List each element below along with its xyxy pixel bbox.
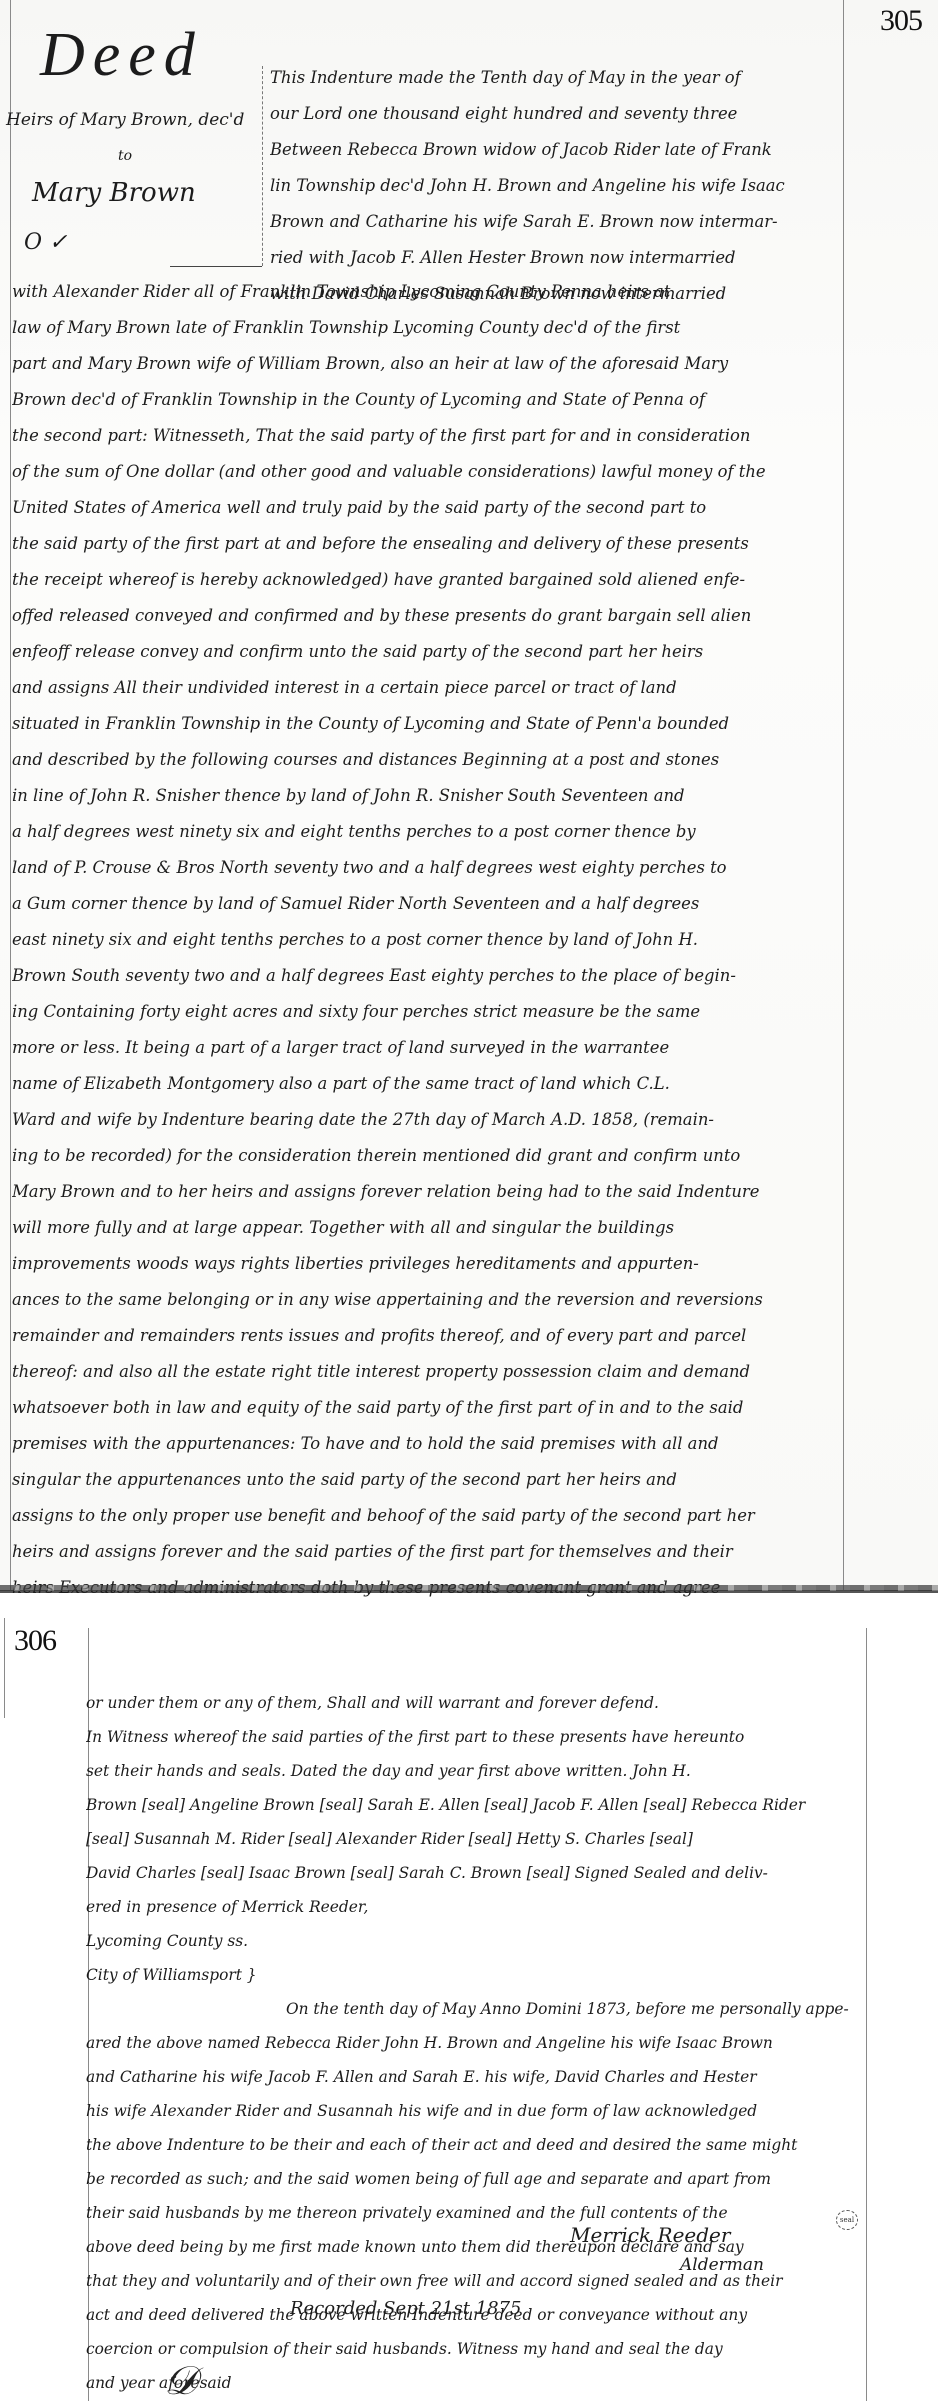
text-line: and described by the following courses a… — [12, 742, 847, 778]
text-line: singular the appurtenances unto the said… — [12, 1462, 847, 1498]
text-line: of the sum of One dollar (and other good… — [12, 454, 847, 490]
text-line: with Alexander Rider all of Franklin Tow… — [12, 274, 847, 310]
text-line: situated in Franklin Township in the Cou… — [12, 706, 847, 742]
text-line: a half degrees west ninety six and eight… — [12, 814, 847, 850]
text-line: Brown dec'd of Franklin Township in the … — [12, 382, 847, 418]
text-line: ried with Jacob F. Allen Hester Brown no… — [270, 240, 850, 276]
text-line: the receipt whereof is hereby acknowledg… — [12, 562, 847, 598]
text-line: premises with the appurtenances: To have… — [12, 1426, 847, 1462]
flourish-decoration: 𝒟 — [165, 2358, 197, 2401]
text-line: Ward and wife by Indenture bearing date … — [12, 1102, 847, 1138]
venue-city: City of Williamsport } — [86, 1958, 856, 1992]
text-line: This Indenture made the Tenth day of May… — [270, 60, 850, 96]
acknowledgement-line: ared the above named Rebecca Rider John … — [86, 2026, 856, 2060]
acknowledgement-line: On the tenth day of May Anno Domini 1873… — [86, 1992, 856, 2026]
text-line: or under them or any of them, Shall and … — [86, 1686, 856, 1720]
text-line: in line of John R. Snisher thence by lan… — [12, 778, 847, 814]
text-line: more or less. It being a part of a large… — [12, 1030, 847, 1066]
deed-page-306: 306 or under them or any of them, Shall … — [0, 1598, 938, 2401]
acknowledgement-line: and year aforesaid — [86, 2366, 856, 2400]
text-line: improvements woods ways rights liberties… — [12, 1246, 847, 1282]
page-number: 306 — [14, 1624, 56, 1658]
grantee-margin-note: Mary Brown — [32, 178, 196, 208]
left-edge-rule — [4, 1618, 5, 1718]
acknowledgement-line: coercion or compulsion of their said hus… — [86, 2332, 856, 2366]
text-line: assigns to the only proper use benefit a… — [12, 1498, 847, 1534]
left-margin-rule — [10, 0, 11, 1590]
text-line: the said party of the first part at and … — [12, 526, 847, 562]
text-line: name of Elizabeth Montgomery also a part… — [12, 1066, 847, 1102]
text-line: east ninety six and eight tenths perches… — [12, 922, 847, 958]
text-line: ing Containing forty eight acres and six… — [12, 994, 847, 1030]
margin-divider — [170, 266, 262, 267]
acknowledgement-line: his wife Alexander Rider and Susannah hi… — [86, 2094, 856, 2128]
seal-icon: seal — [836, 2210, 858, 2230]
text-line: will more fully and at large appear. Tog… — [12, 1210, 847, 1246]
text-line: enfeoff release convey and confirm unto … — [12, 634, 847, 670]
signer-title: Alderman — [570, 2255, 870, 2275]
text-line: remainder and remainders rents issues an… — [12, 1318, 847, 1354]
deed-page-305: 305 Deed Heirs of Mary Brown, dec'd to M… — [0, 0, 938, 1593]
text-line: thereof: and also all the estate right t… — [12, 1354, 847, 1390]
signature-line: David Charles [seal] Isaac Brown [seal] … — [86, 1856, 856, 1890]
acknowledgement-line: the above Indenture to be their and each… — [86, 2128, 856, 2162]
text-line: law of Mary Brown late of Franklin Towns… — [12, 310, 847, 346]
text-line: the second part: Witnesseth, That the sa… — [12, 418, 847, 454]
recorded-date: Recorded Sept 21st 1875 — [290, 2298, 522, 2319]
alderman-signature: Merrick Reeder Alderman — [570, 2223, 870, 2275]
text-line: heirs and assigns forever and the said p… — [12, 1534, 847, 1570]
text-line: offed released conveyed and confirmed an… — [12, 598, 847, 634]
signature-line: Brown [seal] Angeline Brown [seal] Sarah… — [86, 1788, 856, 1822]
text-line: ing to be recorded) for the consideratio… — [12, 1138, 847, 1174]
text-line: lin Township dec'd John H. Brown and Ang… — [270, 168, 850, 204]
page-separator — [0, 1585, 938, 1591]
text-line: set their hands and seals. Dated the day… — [86, 1754, 856, 1788]
text-line: whatsoever both in law and equity of the… — [12, 1390, 847, 1426]
acknowledgement-line: be recorded as such; and the said women … — [86, 2162, 856, 2196]
text-line: our Lord one thousand eight hundred and … — [270, 96, 850, 132]
margin-brace — [262, 66, 265, 266]
text-line: In Witness whereof the said parties of t… — [86, 1720, 856, 1754]
venue-county: Lycoming County ss. — [86, 1924, 856, 1958]
text-line: Between Rebecca Brown widow of Jacob Rid… — [270, 132, 850, 168]
right-margin-rule — [866, 1628, 867, 2401]
acknowledgement-line: and Catharine his wife Jacob F. Allen an… — [86, 2060, 856, 2094]
text-line: part and Mary Brown wife of William Brow… — [12, 346, 847, 382]
text-line: ances to the same belonging or in any wi… — [12, 1282, 847, 1318]
text-line: land of P. Crouse & Bros North seventy t… — [12, 850, 847, 886]
text-line: and assigns All their undivided interest… — [12, 670, 847, 706]
text-line: Mary Brown and to her heirs and assigns … — [12, 1174, 847, 1210]
text-line: Brown and Catharine his wife Sarah E. Br… — [270, 204, 850, 240]
page-number: 305 — [880, 4, 922, 38]
signature-line: [seal] Susannah M. Rider [seal] Alexande… — [86, 1822, 856, 1856]
text-line: Brown South seventy two and a half degre… — [12, 958, 847, 994]
text-line: a Gum corner thence by land of Samuel Ri… — [12, 886, 847, 922]
witness-line: ered in presence of Merrick Reeder, — [86, 1890, 856, 1924]
text-line: United States of America well and truly … — [12, 490, 847, 526]
signer-name: Merrick Reeder — [570, 2223, 870, 2247]
margin-to-label: to — [118, 148, 132, 164]
deed-continuation-text: or under them or any of them, Shall and … — [86, 1686, 856, 2400]
deed-title: Deed — [40, 20, 203, 91]
check-mark-icon: O ✓ — [24, 230, 67, 255]
grantor-margin-note: Heirs of Mary Brown, dec'd — [6, 110, 256, 130]
